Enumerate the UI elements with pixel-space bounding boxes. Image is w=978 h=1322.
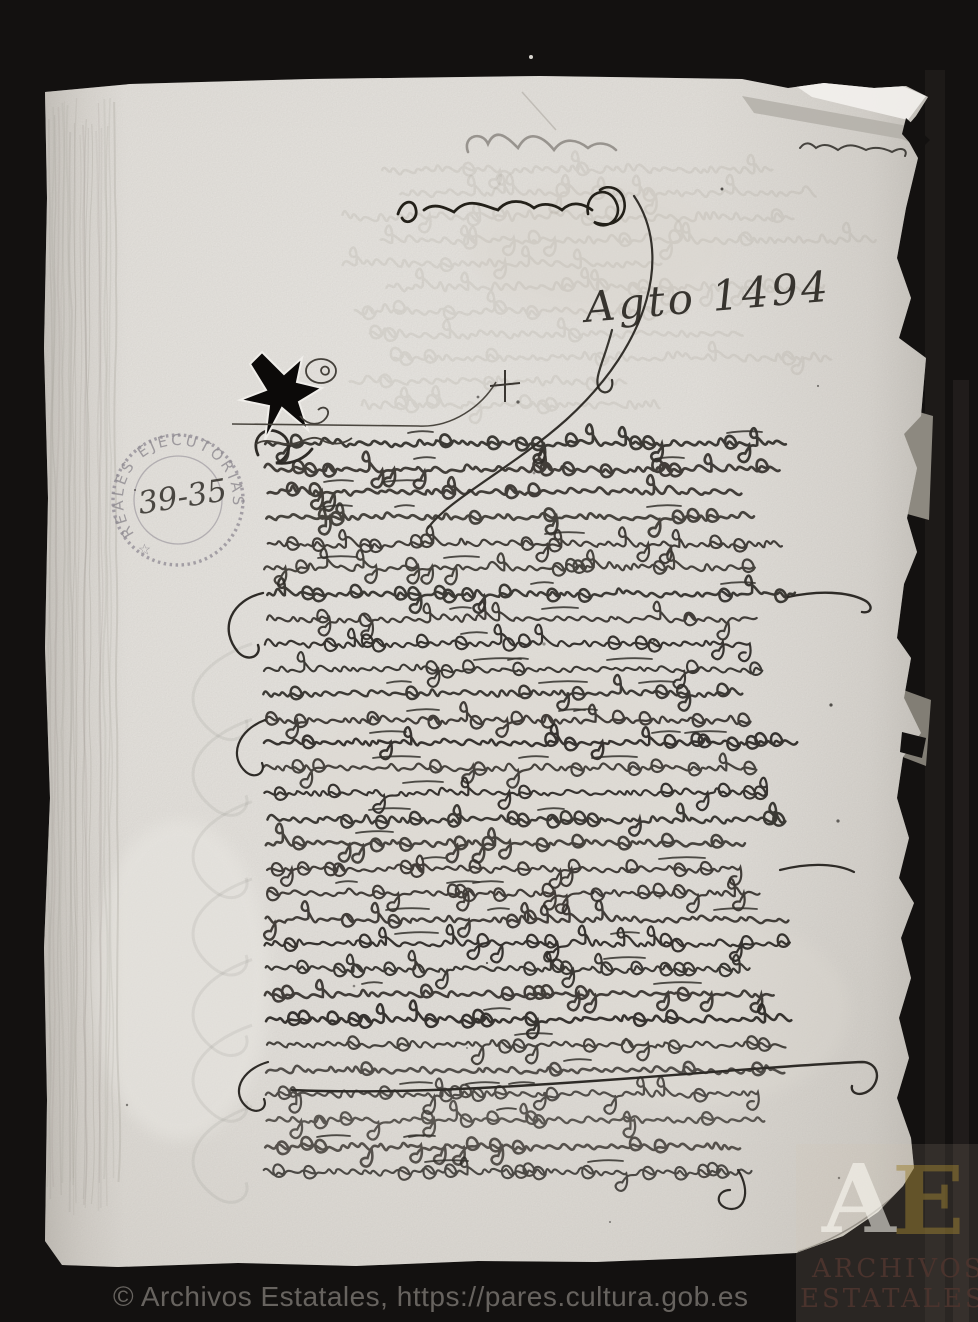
speck	[659, 897, 662, 900]
watermark-letter-e: E	[892, 1146, 964, 1257]
speck	[466, 1047, 468, 1049]
speck	[829, 703, 832, 706]
speck	[486, 962, 488, 964]
speck	[516, 400, 519, 403]
speck	[653, 640, 655, 642]
speck	[533, 472, 536, 475]
speck	[542, 642, 545, 645]
speck	[721, 188, 724, 191]
paper-surface: ☆ REALES EJECUTORIAS 39-35 Agto 1494	[30, 60, 950, 1300]
speck	[126, 1104, 128, 1106]
speck	[609, 1221, 611, 1223]
dust-speck	[529, 55, 533, 59]
speck	[592, 892, 595, 895]
watermark-name-line1: ARCHIVOS	[811, 1254, 978, 1284]
speck	[477, 396, 480, 399]
copyright-line: © Archivos Estatales, https://pares.cult…	[113, 1281, 749, 1312]
speck	[817, 385, 819, 387]
speck	[836, 819, 839, 822]
speck	[134, 489, 136, 491]
manuscript-scan: ☆ REALES EJECUTORIAS 39-35 Agto 1494 A E…	[0, 0, 978, 1322]
watermark-name-line2: ESTATALES	[800, 1284, 978, 1314]
scan-viewport: ☆ REALES EJECUTORIAS 39-35 Agto 1494 A E…	[0, 0, 978, 1322]
gutter-band	[925, 70, 945, 1322]
watermark-letter-a: A	[821, 1144, 897, 1255]
pares-watermark: A E ARCHIVOS ESTATALES	[796, 1144, 978, 1322]
speck	[353, 985, 356, 988]
